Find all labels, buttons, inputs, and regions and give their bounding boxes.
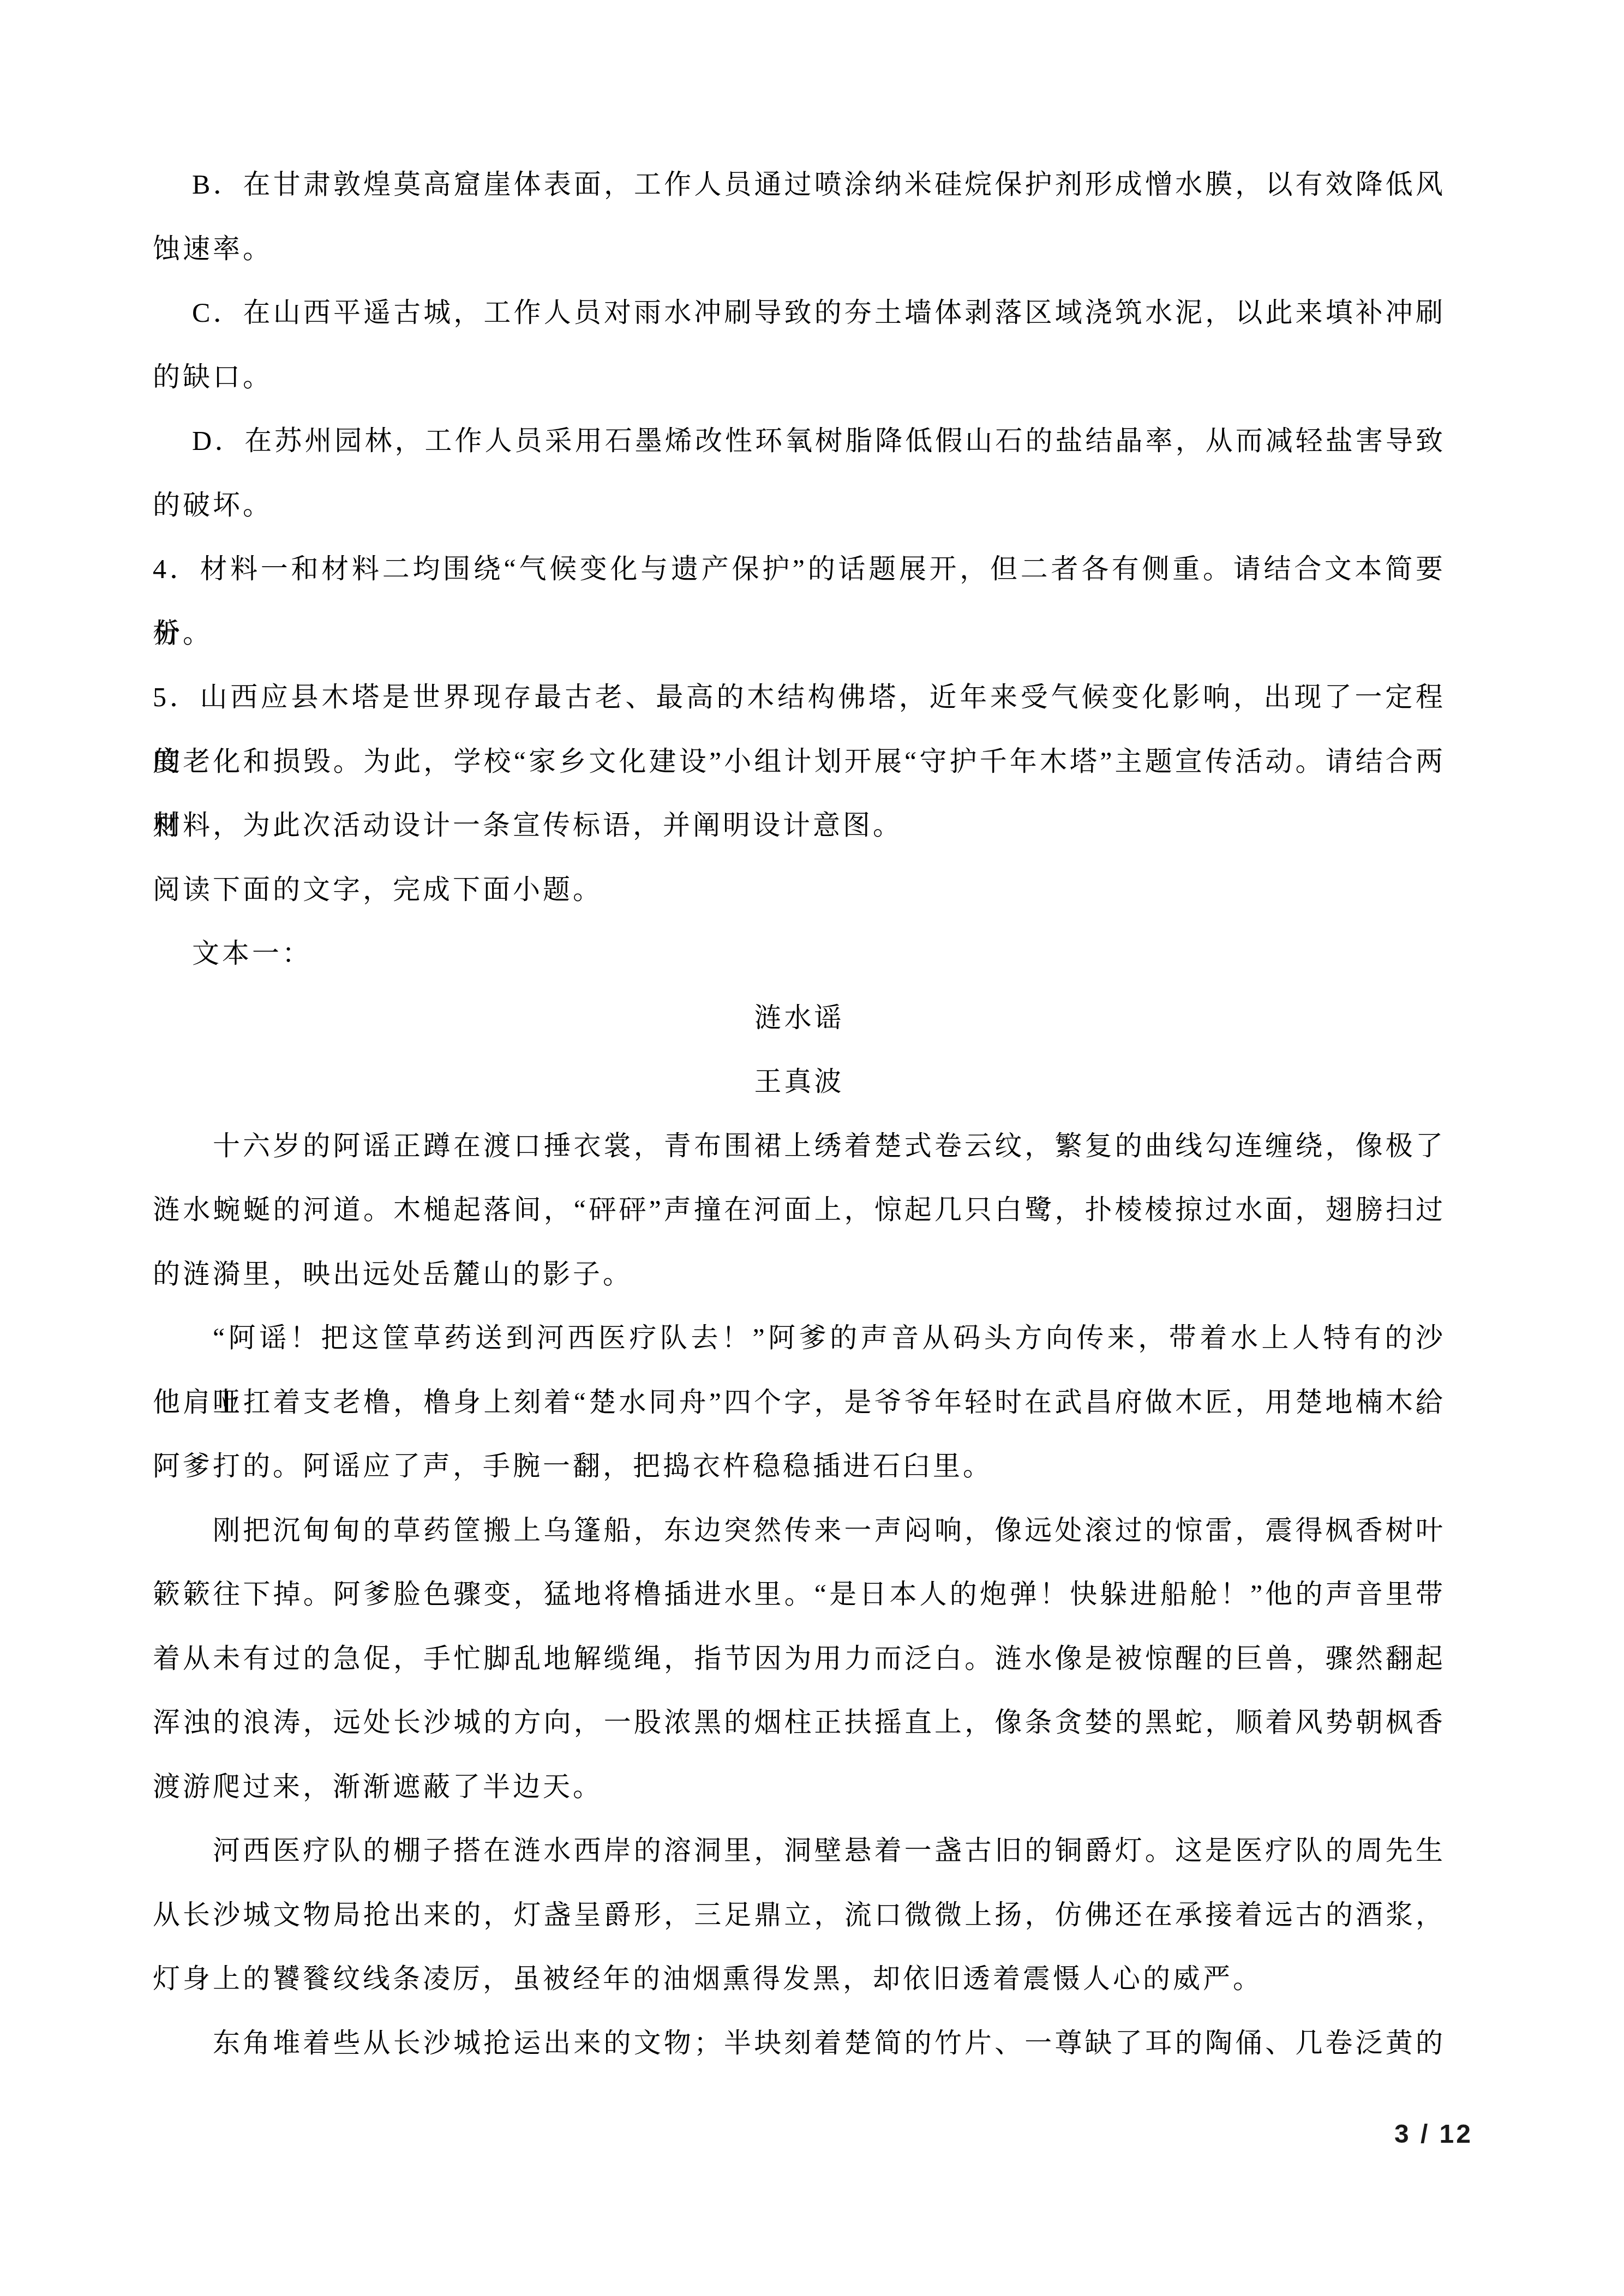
text-line-1: 蚀速率。 [153, 217, 1446, 281]
text-line-0: B．在甘肃敦煌莫高窟崖体表面，工作人员通过喷涂纳米硅烷保护剂形成憎水膜，以有效降… [153, 153, 1446, 217]
document-text: B．在甘肃敦煌莫高窟崖体表面，工作人员通过喷涂纳米硅烷保护剂形成憎水膜，以有效降… [153, 153, 1446, 2075]
text-line-21: 刚把沉甸甸的草药筐搬上乌篷船，东边突然传来一声闷响，像远处滚过的惊雷，震得枫香树… [153, 1499, 1446, 1563]
text-line-5: 的破坏。 [153, 473, 1446, 538]
text-line-10: 材料，为此次活动设计一条宣传标语，并阐明设计意图。 [153, 794, 1446, 858]
text-line-2: C．在山西平遥古城，工作人员对雨水冲刷导致的夯土墙体剥落区域浇筑水泥，以此来填补… [153, 281, 1446, 345]
text-line-29: 东角堆着些从长沙城抢运出来的文物；半块刻着楚简的竹片、一尊缺了耳的陶俑、几卷泛黄… [153, 2011, 1446, 2076]
text-line-7: 析。 [153, 602, 1446, 666]
text-line-17: 的涟漪里，映出远处岳麓山的影子。 [153, 1242, 1446, 1307]
text-line-22: 簌簌往下掉。阿爹脸色骤变，猛地将橹插进水里。“是日本人的炮弹！快躲进船舱！”他的… [153, 1562, 1446, 1627]
text-line-26: 河西医疗队的棚子搭在涟水西岸的溶洞里，洞壁悬着一盏古旧的铜爵灯。这是医疗队的周先… [153, 1819, 1446, 1883]
text-line-3: 的缺口。 [153, 345, 1446, 410]
text-line-8: 5．山西应县木塔是世界现存最古老、最高的木结构佛塔，近年来受气候变化影响，出现了… [153, 665, 1446, 730]
text-line-9: 的老化和损毁。为此，学校“家乡文化建设”小组计划开展“守护千年木塔”主题宣传活动… [153, 730, 1446, 794]
text-line-25: 渡游爬过来，渐渐遮蔽了半边天。 [153, 1755, 1446, 1819]
text-line-28: 灯身上的饕餮纹线条凌厉，虽被经年的油烟熏得发黑，却依旧透着震慑人心的威严。 [153, 1947, 1446, 2011]
text-line-14: 王真波 [153, 1050, 1446, 1114]
text-line-6: 4．材料一和材料二均围绕“气候变化与遗产保护”的话题展开，但二者各有侧重。请结合… [153, 537, 1446, 602]
text-line-18: “阿谣！把这筐草药送到河西医疗队去！”阿爹的声音从码头方向传来，带着水上人特有的… [153, 1306, 1446, 1371]
text-line-15: 十六岁的阿谣正蹲在渡口捶衣裳，青布围裙上绣着楚式卷云纹，繁复的曲线勾连缠绕，像极… [153, 1114, 1446, 1179]
text-line-23: 着从未有过的急促，手忙脚乱地解缆绳，指节因为用力而泛白。涟水像是被惊醒的巨兽，骤… [153, 1627, 1446, 1691]
text-line-12: 文本一： [153, 922, 1446, 986]
text-line-27: 从长沙城文物局抢出来的，灯盏呈爵形，三足鼎立，流口微微上扬，仿佛还在承接着远古的… [153, 1883, 1446, 1948]
text-line-19: 他肩上扛着支老橹，橹身上刻着“楚水同舟”四个字，是爷爷年轻时在武昌府做木匠，用楚… [153, 1371, 1446, 1435]
text-line-13: 涟水谣 [153, 986, 1446, 1050]
text-line-20: 阿爹打的。阿谣应了声，手腕一翻，把捣衣杵稳稳插进石臼里。 [153, 1434, 1446, 1499]
document-page: B．在甘肃敦煌莫高窟崖体表面，工作人员通过喷涂纳米硅烷保护剂形成憎水膜，以有效降… [0, 0, 1624, 2296]
text-line-16: 涟水蜿蜒的河道。木槌起落间，“砰砰”声撞在河面上，惊起几只白鹭，扑棱棱掠过水面，… [153, 1178, 1446, 1242]
text-line-24: 浑浊的浪涛，远处长沙城的方向，一股浓黑的烟柱正扶摇直上，像条贪婪的黑蛇，顺着风势… [153, 1691, 1446, 1755]
text-line-4: D．在苏州园林，工作人员采用石墨烯改性环氧树脂降低假山石的盐结晶率，从而减轻盐害… [153, 409, 1446, 473]
text-line-11: 阅读下面的文字，完成下面小题。 [153, 858, 1446, 922]
page-number: 3 / 12 [1394, 2119, 1473, 2149]
